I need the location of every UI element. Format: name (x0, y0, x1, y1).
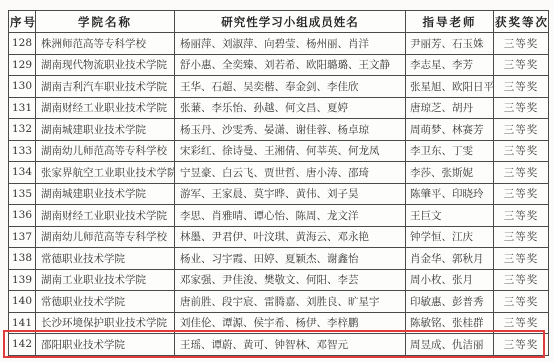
header-row: 序号 学院名称 研究性学习小组成员姓名 指导老师 获奖等次 (9, 11, 549, 33)
cell-members: 邓家强、尹佳浚、樊敬文、何阳、李芸 (175, 269, 406, 291)
cell-no: 129 (9, 54, 36, 76)
cell-teachers: 肖金华、郭秋月 (406, 248, 494, 270)
cell-college: 常德职业技术学院 (36, 291, 175, 313)
cell-college: 邵阳职业技术学院 (36, 334, 175, 356)
cell-no: 140 (9, 291, 36, 313)
cell-members: 王瑶、谭蔚、黄可、钟智林、邓智元 (175, 334, 406, 356)
table-row: 138常德职业技术学院杨业、习宇霞、田婷、夏颖杰、谢鑫怡肖金华、郭秋月三等奖 (9, 248, 549, 270)
cell-no: 142 (9, 334, 36, 356)
cell-members: 王华、石超、吴奕楷、奉金剑、李佳欣 (175, 76, 406, 98)
cell-college: 湖南幼儿师范高等专科学校 (36, 140, 175, 162)
cell-members: 宋彩红、徐诗曼、王湘倩、何莘英、何龙凤 (175, 140, 406, 162)
cell-college: 湖南城建职业技术学院 (36, 119, 175, 141)
table-row: 130湖南吉利汽车职业技术学院王华、石超、吴奕楷、奉金剑、李佳欣张星旭、欧阳日平… (9, 76, 549, 98)
header-cell-college: 学院名称 (36, 11, 175, 33)
cell-award: 三等奖 (494, 205, 549, 227)
cell-no: 137 (9, 226, 36, 248)
table-row: 139湖南工业职业技术学院邓家强、尹佳浚、樊敬文、何阳、李芸周小枚、张月三等奖 (9, 269, 549, 291)
cell-teachers: 李卫东、丁雯 (406, 140, 494, 162)
cell-members: 杨丽萍、刘淑萍、向碧莹、杨州丽、肖洋 (175, 33, 406, 55)
cell-college: 株洲师范高等专科学校 (36, 33, 175, 55)
cell-award: 三等奖 (494, 33, 549, 55)
cell-no: 132 (9, 119, 36, 141)
table-row: 129湖南现代物流职业技术学院舒小惠、全奕臻、刘若希、欧阳璐璐、王文静李志星、李… (9, 54, 549, 76)
table-body: 128株洲师范高等专科学校杨丽萍、刘淑萍、向碧莹、杨州丽、肖洋尹丽芳、石玉姝三等… (9, 33, 549, 356)
cell-teachers: 尹丽芳、石玉姝 (406, 33, 494, 55)
cell-college: 湖南工业职业技术学院 (36, 269, 175, 291)
cell-teachers: 印敏惠、彭普秀 (406, 291, 494, 313)
cell-college: 湖南吉利汽车职业技术学院 (36, 76, 175, 98)
table-row: 142邵阳职业技术学院王瑶、谭蔚、黄可、钟智林、邓智元周昱成、仇洁丽三等奖 (9, 334, 549, 356)
cell-teachers: 周萌梦、林赛芳 (406, 119, 494, 141)
header-cell-award: 获奖等次 (494, 11, 549, 33)
cell-members: 杨业、习宇霞、田婷、夏颖杰、谢鑫怡 (175, 248, 406, 270)
cell-award: 三等奖 (494, 226, 549, 248)
cell-members: 杨玉丹、沙雯秀、晏潇、谢佳蓉、杨卓琼 (175, 119, 406, 141)
table-row: 128株洲师范高等专科学校杨丽萍、刘淑萍、向碧莹、杨州丽、肖洋尹丽芳、石玉姝三等… (9, 33, 549, 55)
cell-award: 三等奖 (494, 97, 549, 119)
cell-teachers: 钟学恒、江庆 (406, 226, 494, 248)
cell-award: 三等奖 (494, 183, 549, 205)
header-cell-members: 研究性学习小组成员姓名 (175, 11, 406, 33)
cell-teachers: 陈肇平、印晓玲 (406, 183, 494, 205)
cell-teachers: 张星旭、欧阳日平 (406, 76, 494, 98)
cell-no: 131 (9, 97, 36, 119)
table-row: 133湖南幼儿师范高等专科学校宋彩红、徐诗曼、王湘倩、何莘英、何龙凤李卫东、丁雯… (9, 140, 549, 162)
cell-members: 林墨、尹君伊、叶汶琪、黄海云、邓永艳 (175, 226, 406, 248)
table-row: 131湖南财经工业职业技术学院张蒹、李乐怡、孙越、何文昌、夏婷唐琼芝、胡丹三等奖 (9, 97, 549, 119)
table-row: 141长沙环境保护职业技术学院刘佳伦、谭源、侯宇希、杨伊、李梓鹏陈敏铭、张桂群三… (9, 312, 549, 334)
cell-college: 湖南现代物流职业技术学院 (36, 54, 175, 76)
cell-award: 三等奖 (494, 334, 549, 356)
cell-award: 三等奖 (494, 269, 549, 291)
table-header: 序号 学院名称 研究性学习小组成员姓名 指导老师 获奖等次 (9, 11, 549, 33)
cell-award: 三等奖 (494, 312, 549, 334)
cell-members: 刘佳伦、谭源、侯宇希、杨伊、李梓鹏 (175, 312, 406, 334)
cell-award: 三等奖 (494, 54, 549, 76)
cell-teachers: 王巨文 (406, 205, 494, 227)
cell-teachers: 周昱成、仇洁丽 (406, 334, 494, 356)
cell-teachers: 李莎、张斯妮 (406, 162, 494, 184)
cell-college: 张家界航空工业职业技术学院 (36, 162, 175, 184)
cell-award: 三等奖 (494, 140, 549, 162)
table-row: 140常德职业技术学院唐前胜、段宇宸、雷腾嘉、刘胜良、旷星宇印敏惠、彭普秀三等奖 (9, 291, 549, 313)
cell-award: 三等奖 (494, 76, 549, 98)
cell-college: 湖南财经工业职业技术学院 (36, 205, 175, 227)
cell-members: 唐前胜、段宇宸、雷腾嘉、刘胜良、旷星宇 (175, 291, 406, 313)
scanned-document-page: 序号 学院名称 研究性学习小组成员姓名 指导老师 获奖等次 128株洲师范高等专… (0, 0, 554, 362)
cell-members: 李思、肖雅晴、谭心怡、陈周、龙文洋 (175, 205, 406, 227)
cell-no: 134 (9, 162, 36, 184)
cell-award: 三等奖 (494, 119, 549, 141)
cell-no: 133 (9, 140, 36, 162)
cell-college: 长沙环境保护职业技术学院 (36, 312, 175, 334)
cell-members: 张蒹、李乐怡、孙越、何文昌、夏婷 (175, 97, 406, 119)
cell-members: 宁昱豪、白云飞、贾世哲、唐小涛、邵琦 (175, 162, 406, 184)
cell-teachers: 唐琼芝、胡丹 (406, 97, 494, 119)
cell-no: 130 (9, 76, 36, 98)
cell-college: 湖南城建职业技术学院 (36, 183, 175, 205)
table-row: 134张家界航空工业职业技术学院宁昱豪、白云飞、贾世哲、唐小涛、邵琦李莎、张斯妮… (9, 162, 549, 184)
table-row: 132湖南城建职业技术学院杨玉丹、沙雯秀、晏潇、谢佳蓉、杨卓琼周萌梦、林赛芳三等… (9, 119, 549, 141)
table-row: 136湖南财经工业职业技术学院李思、肖雅晴、谭心怡、陈周、龙文洋王巨文三等奖 (9, 205, 549, 227)
table-row: 137湖南幼儿师范高等专科学校林墨、尹君伊、叶汶琪、黄海云、邓永艳钟学恒、江庆三… (9, 226, 549, 248)
cell-award: 三等奖 (494, 248, 549, 270)
cell-no: 136 (9, 205, 36, 227)
header-cell-no: 序号 (9, 11, 36, 33)
table-row: 135湖南城建职业技术学院游军、王家晨、莫宇晔、黄伟、刘子昊陈肇平、印晓玲三等奖 (9, 183, 549, 205)
cell-award: 三等奖 (494, 291, 549, 313)
cell-no: 139 (9, 269, 36, 291)
cell-no: 141 (9, 312, 36, 334)
header-cell-teachers: 指导老师 (406, 11, 494, 33)
cell-award: 三等奖 (494, 162, 549, 184)
cell-teachers: 李志星、李芳 (406, 54, 494, 76)
award-table: 序号 学院名称 研究性学习小组成员姓名 指导老师 获奖等次 128株洲师范高等专… (8, 10, 549, 356)
cell-no: 135 (9, 183, 36, 205)
cell-college: 湖南财经工业职业技术学院 (36, 97, 175, 119)
cell-teachers: 周小枚、张月 (406, 269, 494, 291)
cell-teachers: 陈敏铭、张桂群 (406, 312, 494, 334)
cell-college: 湖南幼儿师范高等专科学校 (36, 226, 175, 248)
cell-no: 138 (9, 248, 36, 270)
cell-no: 128 (9, 33, 36, 55)
cell-members: 游军、王家晨、莫宇晔、黄伟、刘子昊 (175, 183, 406, 205)
cell-members: 舒小惠、全奕臻、刘若希、欧阳璐璐、王文静 (175, 54, 406, 76)
cell-college: 常德职业技术学院 (36, 248, 175, 270)
